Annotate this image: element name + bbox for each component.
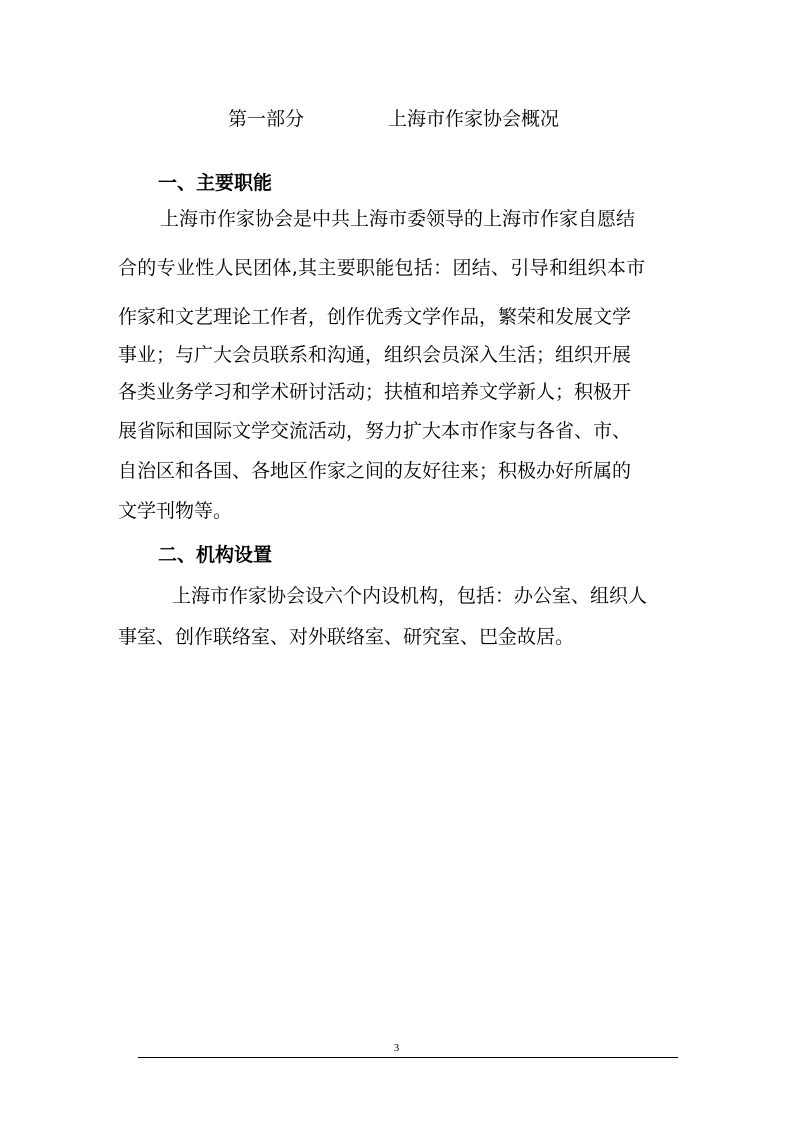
paragraph-line: 文学刊物等。 <box>118 498 232 524</box>
section-heading-functions: 一、主要职能 <box>158 168 272 195</box>
section-heading-organization: 二、机构设置 <box>158 540 272 567</box>
paragraph-line: 上海市作家协会设六个内设机构，包括：办公室、组织人 <box>172 583 647 609</box>
paragraph-line: 事室、创作联络室、对外联络室、研究室、巴金故居。 <box>118 624 574 650</box>
page-number: 3 <box>0 1042 793 1054</box>
paragraph-line: 展省际和国际文学交流活动，努力扩大本市作家与各省、市、 <box>118 418 631 444</box>
paragraph-line: 自治区和各国、各地区作家之间的友好往来；积极办好所属的 <box>118 458 631 484</box>
document-title: 上海市作家协会概况 <box>388 104 559 131</box>
part-label: 第一部分 <box>228 104 304 131</box>
footer-divider <box>138 1057 678 1058</box>
paragraph-line: 合的专业性人民团体,其主要职能包括：团结、引导和组织本市 <box>118 255 645 281</box>
paragraph-line: 上海市作家协会是中共上海市委领导的上海市作家自愿结 <box>160 206 635 232</box>
paragraph-line: 作家和文艺理论工作者，创作优秀文学作品，繁荣和发展文学 <box>118 304 631 330</box>
paragraph-line: 各类业务学习和学术研讨活动；扶植和培养文学新人；积极开 <box>118 379 631 405</box>
paragraph-line: 事业；与广大会员联系和沟通，组织会员深入生活；组织开展 <box>118 342 631 368</box>
page-title: 第一部分 上海市作家协会概况 <box>0 104 793 132</box>
